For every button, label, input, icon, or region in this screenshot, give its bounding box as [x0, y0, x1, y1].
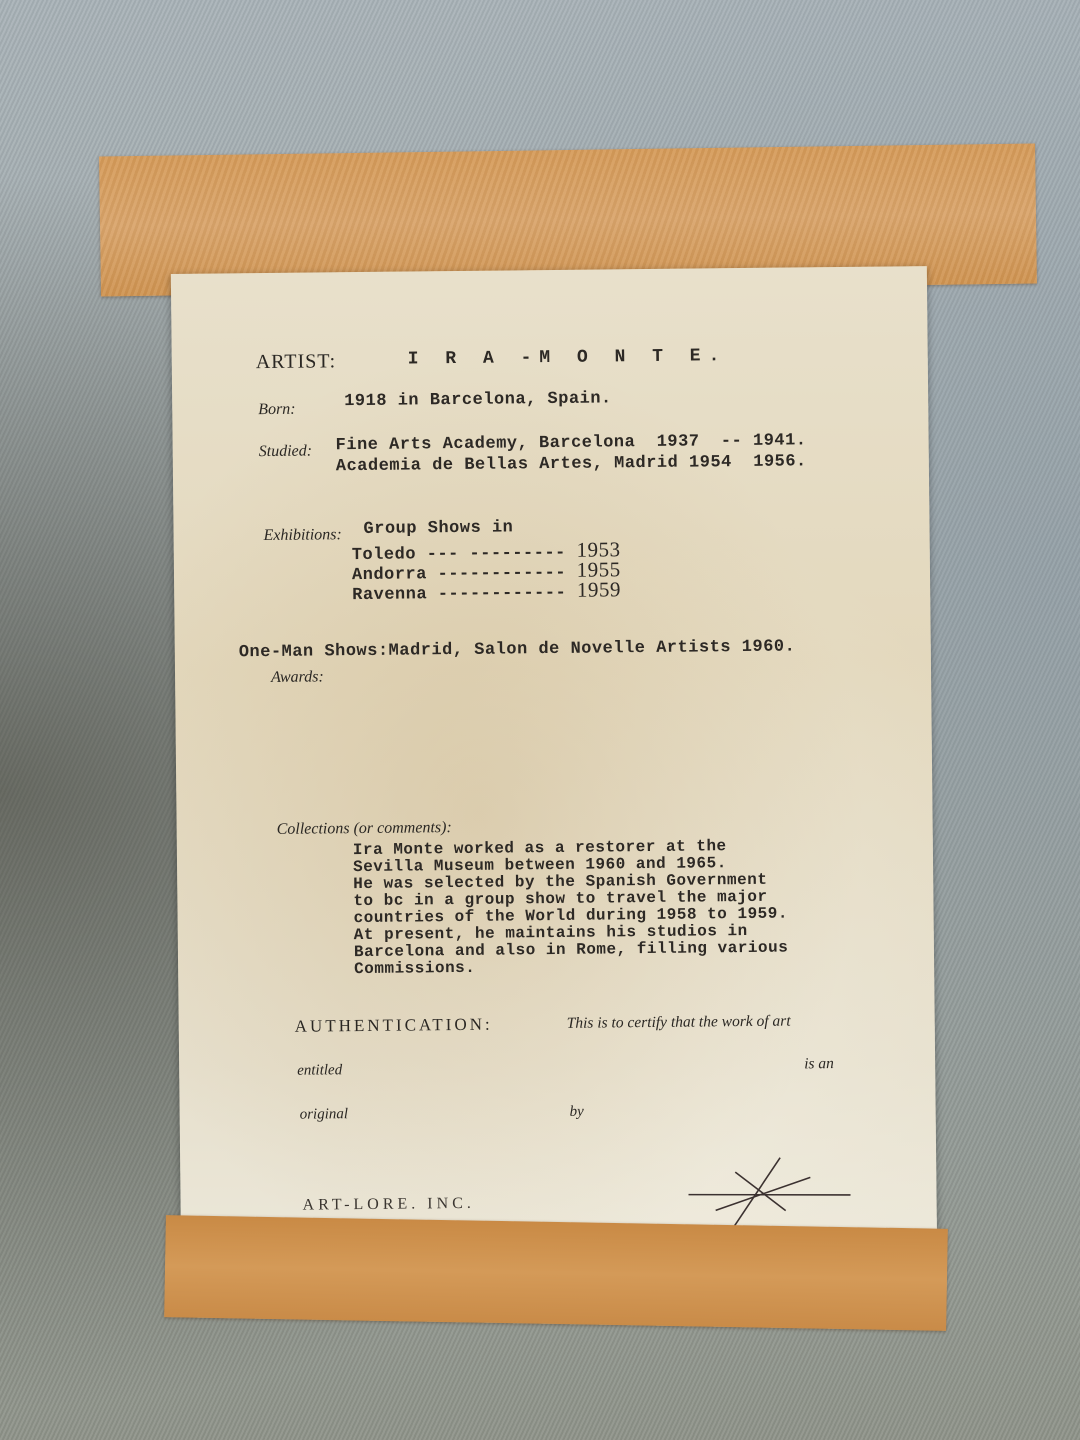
born-value: 1918 in Barcelona, Spain.	[344, 389, 612, 411]
exhibition-year: 1959	[577, 577, 621, 601]
collections-label: Collections (or comments):	[277, 819, 452, 839]
collections-line: Commissions.	[354, 957, 789, 979]
is-an-label: is an	[804, 1055, 834, 1073]
studied-line: Academia de Bellas Artes, Madrid 1954 19…	[336, 452, 807, 476]
awards-label: Awards:	[271, 668, 324, 687]
exhibition-city: Ravenna ------------	[352, 584, 577, 605]
brand-name: ART-LORE. INC.	[303, 1195, 475, 1215]
by-label: by	[570, 1104, 584, 1121]
exhibitions-intro: Group Shows in	[363, 518, 513, 539]
one-man-shows-value: Madrid, Salon de Novelle Artists 1960.	[389, 637, 796, 660]
studied-label: Studied:	[259, 443, 313, 462]
authentication-label: AUTHENTICATION:	[295, 1015, 493, 1037]
exhibitions-label: Exhibitions:	[263, 526, 341, 545]
original-label: original	[300, 1106, 349, 1124]
one-man-shows: One-Man Shows:Madrid, Salon de Novelle A…	[239, 637, 796, 662]
studied-line: Fine Arts Academy, Barcelona 1937 -- 194…	[336, 431, 807, 455]
certificate-label: ARTIST: I R A -M O N T E. Born: 1918 in …	[171, 266, 937, 1264]
born-label: Born:	[258, 401, 296, 419]
one-man-shows-label: One-Man Shows:	[239, 642, 389, 663]
collections-text: Ira Monte worked as a restorer at theSev…	[353, 838, 789, 979]
bottom-masking-tape	[164, 1215, 948, 1331]
artist-label: ARTIST:	[256, 350, 337, 374]
exhibition-row: Ravenna ------------ 1959	[352, 577, 621, 605]
entitled-label: entitled	[297, 1062, 342, 1079]
authentication-text: This is to certify that the work of art	[567, 1013, 791, 1033]
artist-name: I R A -M O N T E.	[408, 346, 728, 369]
